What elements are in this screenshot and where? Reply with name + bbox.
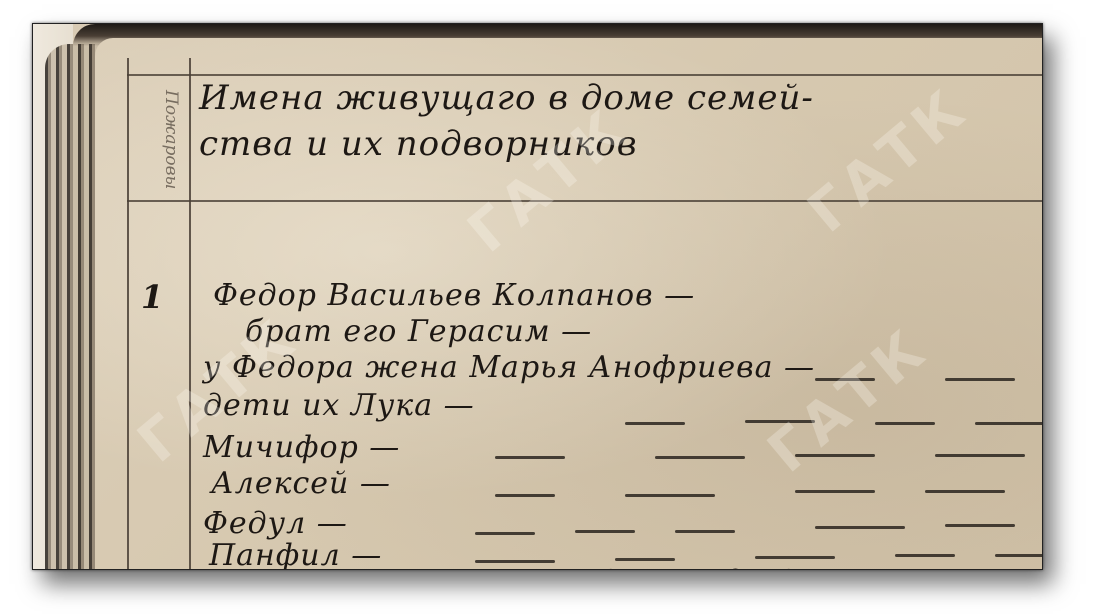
margin-rule-right [189, 58, 191, 569]
entry-line-4: дети их Лука — [203, 388, 475, 423]
filler-dash [875, 422, 935, 425]
filler-dash [815, 526, 905, 529]
filler-dash [475, 560, 555, 563]
header-line-1: Имена живущаго в доме семей- [199, 78, 814, 118]
filler-dash [655, 456, 745, 459]
filler-dash [495, 456, 565, 459]
entry-line-8: Панфил — [209, 538, 382, 570]
header-line-2: ства и их подворников [199, 124, 638, 164]
entry-line-7: Федул — [203, 506, 348, 541]
filler-dash [815, 378, 875, 381]
header-rule-top [127, 74, 1042, 76]
filler-dash [895, 554, 955, 557]
entry-number: 1 [141, 278, 163, 316]
margin-column-label: Пожаровы [161, 90, 181, 189]
filler-dash [615, 558, 675, 561]
filler-dash [795, 454, 875, 457]
entry-line-1: Федор Васильев Колпанов — [213, 278, 695, 313]
filler-dash [495, 494, 555, 497]
entry-line-3: у Федора жена Марья Анофриева — [203, 350, 815, 385]
filler-dash [625, 422, 685, 425]
filler-dash [795, 490, 875, 493]
entry-line-5: Мичифор — [203, 430, 400, 465]
document-page: Пожаровы Имена живущаго в доме семей- ст… [95, 38, 1042, 569]
filler-dash [945, 378, 1015, 381]
filler-dash [995, 554, 1043, 557]
filler-dash [475, 532, 535, 535]
partial-bottom-line: ...а Семенида Семенова [535, 564, 938, 570]
filler-dash [755, 556, 835, 559]
filler-dash [675, 530, 735, 533]
filler-dash [975, 422, 1043, 425]
filler-dash [575, 530, 635, 533]
archive-watermark: ГАТК [456, 96, 641, 266]
entry-line-2: брат его Герасим — [245, 314, 592, 349]
filler-dash [935, 454, 1025, 457]
archive-watermark: ГАТК [756, 316, 941, 486]
margin-rule-left [127, 58, 129, 569]
filler-dash [745, 420, 815, 423]
filler-dash [925, 490, 1005, 493]
archive-watermark: ГАТК [796, 76, 981, 246]
header-rule-bottom [127, 200, 1042, 202]
document-photo-frame: Пожаровы Имена живущаго в доме семей- ст… [32, 23, 1043, 570]
filler-dash [625, 494, 715, 497]
filler-dash [945, 524, 1015, 527]
entry-line-6: Алексей — [211, 466, 391, 501]
